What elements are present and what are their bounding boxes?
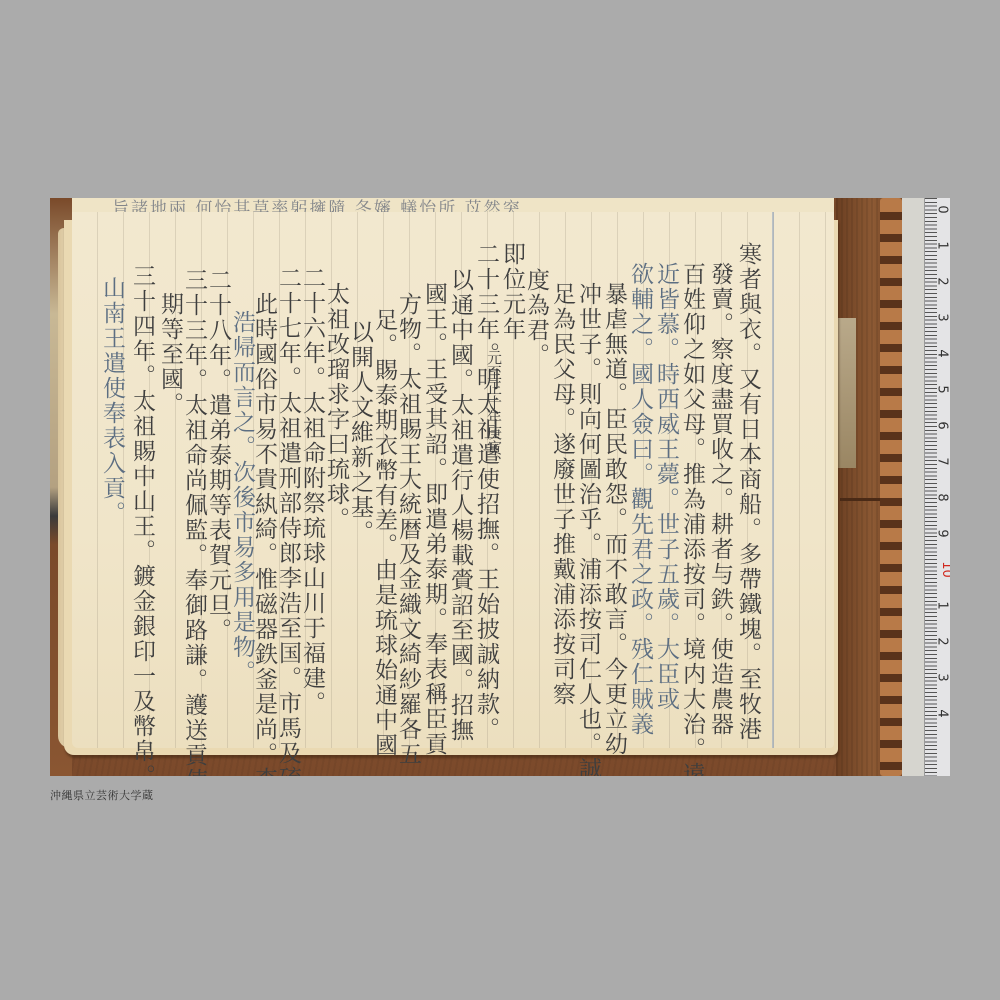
ruler-label: 7 xyxy=(935,457,950,465)
ruler-label: 1 xyxy=(935,241,950,249)
manuscript-column: 浩帰而言之。次後市易多用是物。 xyxy=(230,310,253,685)
collection-caption: 沖縄県立芸術大学蔵 xyxy=(50,787,154,803)
manuscript-column: 暴虐無道。臣民敢怨。而不敢言。今更立幼 xyxy=(602,282,625,757)
ruler-label: 6 xyxy=(935,421,950,429)
ruler-label: 0 xyxy=(935,205,950,213)
manuscript-column: 期等至國。 xyxy=(158,292,181,417)
manuscript-column: 近皆慕。時西威王薨。世子五歲。大臣或 xyxy=(654,262,677,712)
page-margin-line xyxy=(772,212,774,748)
manuscript-column: 以通中國。太祖遣行人楊載賫詔至國。招撫 xyxy=(448,268,471,743)
manuscript-page: 寒者與衣。又有日本商船。多帶鐵塊。至牧港 發賣。察度盡買收之。耕者与鉄。使造農器… xyxy=(72,212,834,748)
leather-seam xyxy=(840,498,885,501)
manuscript-column: 二十六年。太祖命附祭琉球山川于福建。 xyxy=(300,266,323,716)
manuscript-column: 二十七年。太祖遣刑部侍郎李浩至国。市馬及硫礦。 xyxy=(276,266,299,776)
manuscript-column: 國王。王受其詔。即遣弟泰期。奉表稱臣貢 xyxy=(422,282,445,757)
ruler-label: 8 xyxy=(935,493,950,501)
manuscript-column: 百姓仰之如父母。推為浦添按司。境内大治。遠 xyxy=(680,262,703,776)
manuscript-column: 二十三年。明太祖遣使招撫。王始披誠納款。 xyxy=(474,242,497,742)
manuscript-column: 以開人文維新之基。 xyxy=(348,320,371,545)
ruler-label: 2 xyxy=(935,637,950,645)
manuscript-photo: 旨諸地兩 何怡其草率躬擁隨 冬嬸 蟻怡所 苡然突 寒者與衣。又有日本商船。多帶鐵… xyxy=(50,198,950,776)
manuscript-column: 足。賜泰期衣幣有差。由是琉球始通中國 xyxy=(372,308,395,758)
torn-paper-patch xyxy=(836,318,856,468)
ruler-label: 3 xyxy=(935,313,950,321)
ruler-label-highlight: 10 xyxy=(939,561,950,578)
manuscript-column: 三十三年。太祖命尚佩監。奉御路謙。護送貢使泰 xyxy=(182,268,205,776)
leather-lacing xyxy=(880,198,902,776)
manuscript-column: 足為民父母。遂廢世子推戴浦添按司察 xyxy=(550,282,573,707)
ruler-label: 4 xyxy=(935,349,950,357)
manuscript-column: 方物。太祖賜王大統暦及金織文綺紗羅各五 xyxy=(396,292,419,767)
manuscript-column: 三十四年。太祖賜中山王。鍍金銀印一及幣帛。 xyxy=(130,264,153,776)
manuscript-column: 二十八年。遣弟泰期等表賀元旦。 xyxy=(206,268,229,643)
ruler-label: 2 xyxy=(935,277,950,285)
manuscript-column: 度為君。 xyxy=(524,268,547,368)
manuscript-column: 寒者與衣。又有日本商船。多帶鐵塊。至牧港 xyxy=(736,242,759,742)
manuscript-column: 太祖改瑠求字曰琉球。 xyxy=(324,282,347,532)
manuscript-column: 冲世子。則向何圖治乎。浦添按司仁人也。誠 xyxy=(576,282,599,776)
manuscript-column: 發賣。察度盡買收之。耕者与鉄。使造農器 xyxy=(708,262,731,737)
manuscript-column: 欲輔之。國人僉曰。觀先君之政。残仁賊義 xyxy=(628,262,651,737)
ruler-label: 3 xyxy=(935,673,950,681)
ruler-label: 4 xyxy=(935,709,950,717)
manuscript-column: 山南王遣使奉表入貢。 xyxy=(100,276,123,526)
ruler-label: 5 xyxy=(935,385,950,393)
manuscript-column: 此時國俗市易不貴紈綺。惟磁器鉄釜是尚。李 xyxy=(252,292,275,776)
ruler-label: 9 xyxy=(935,529,950,537)
manuscript-column: 即位元年 xyxy=(500,242,523,342)
ruler-label: 1 xyxy=(935,601,950,609)
